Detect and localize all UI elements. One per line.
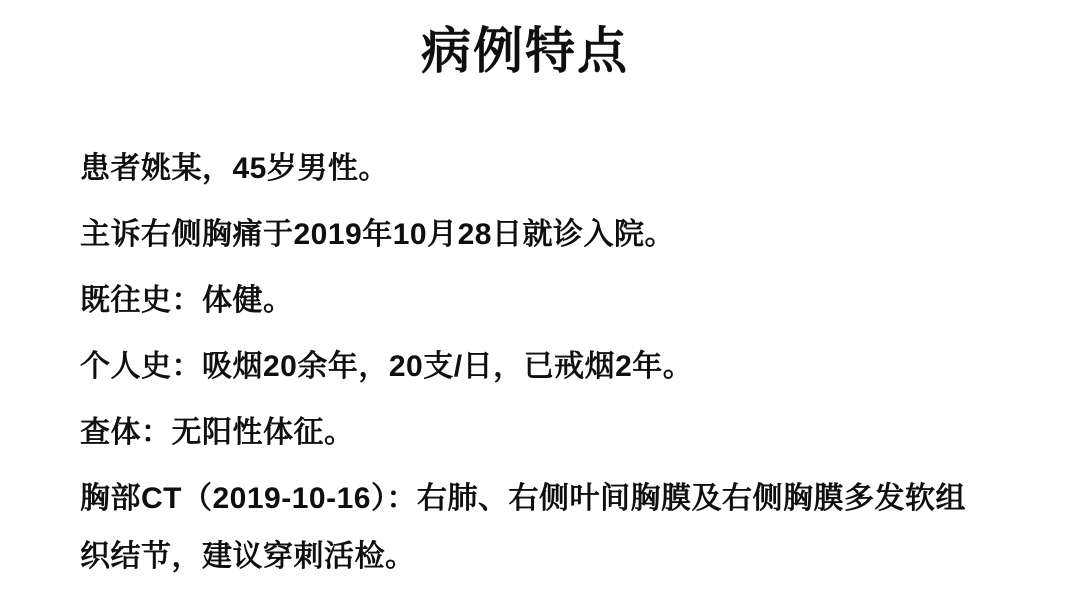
paragraph-past-history: 既往史：体健。 [80,272,985,330]
paragraph-physical-exam: 查体：无阳性体征。 [80,404,985,462]
paragraph-personal-history: 个人史：吸烟20余年，20支/日，已戒烟2年。 [80,338,985,396]
paragraph-ct-findings: 胸部CT（2019-10-16）：右肺、右侧叶间胸膜及右侧胸膜多发软组织结节，建… [80,470,985,586]
slide-body: 患者姚某，45岁男性。 主诉右侧胸痛于2019年10月28日就诊入院。 既往史：… [80,140,985,586]
case-presentation-slide: 病例特点 患者姚某，45岁男性。 主诉右侧胸痛于2019年10月28日就诊入院。… [0,0,1080,608]
paragraph-chief-complaint: 主诉右侧胸痛于2019年10月28日就诊入院。 [80,206,985,264]
paragraph-patient-info: 患者姚某，45岁男性。 [80,140,985,198]
slide-title: 病例特点 [80,14,1000,88]
